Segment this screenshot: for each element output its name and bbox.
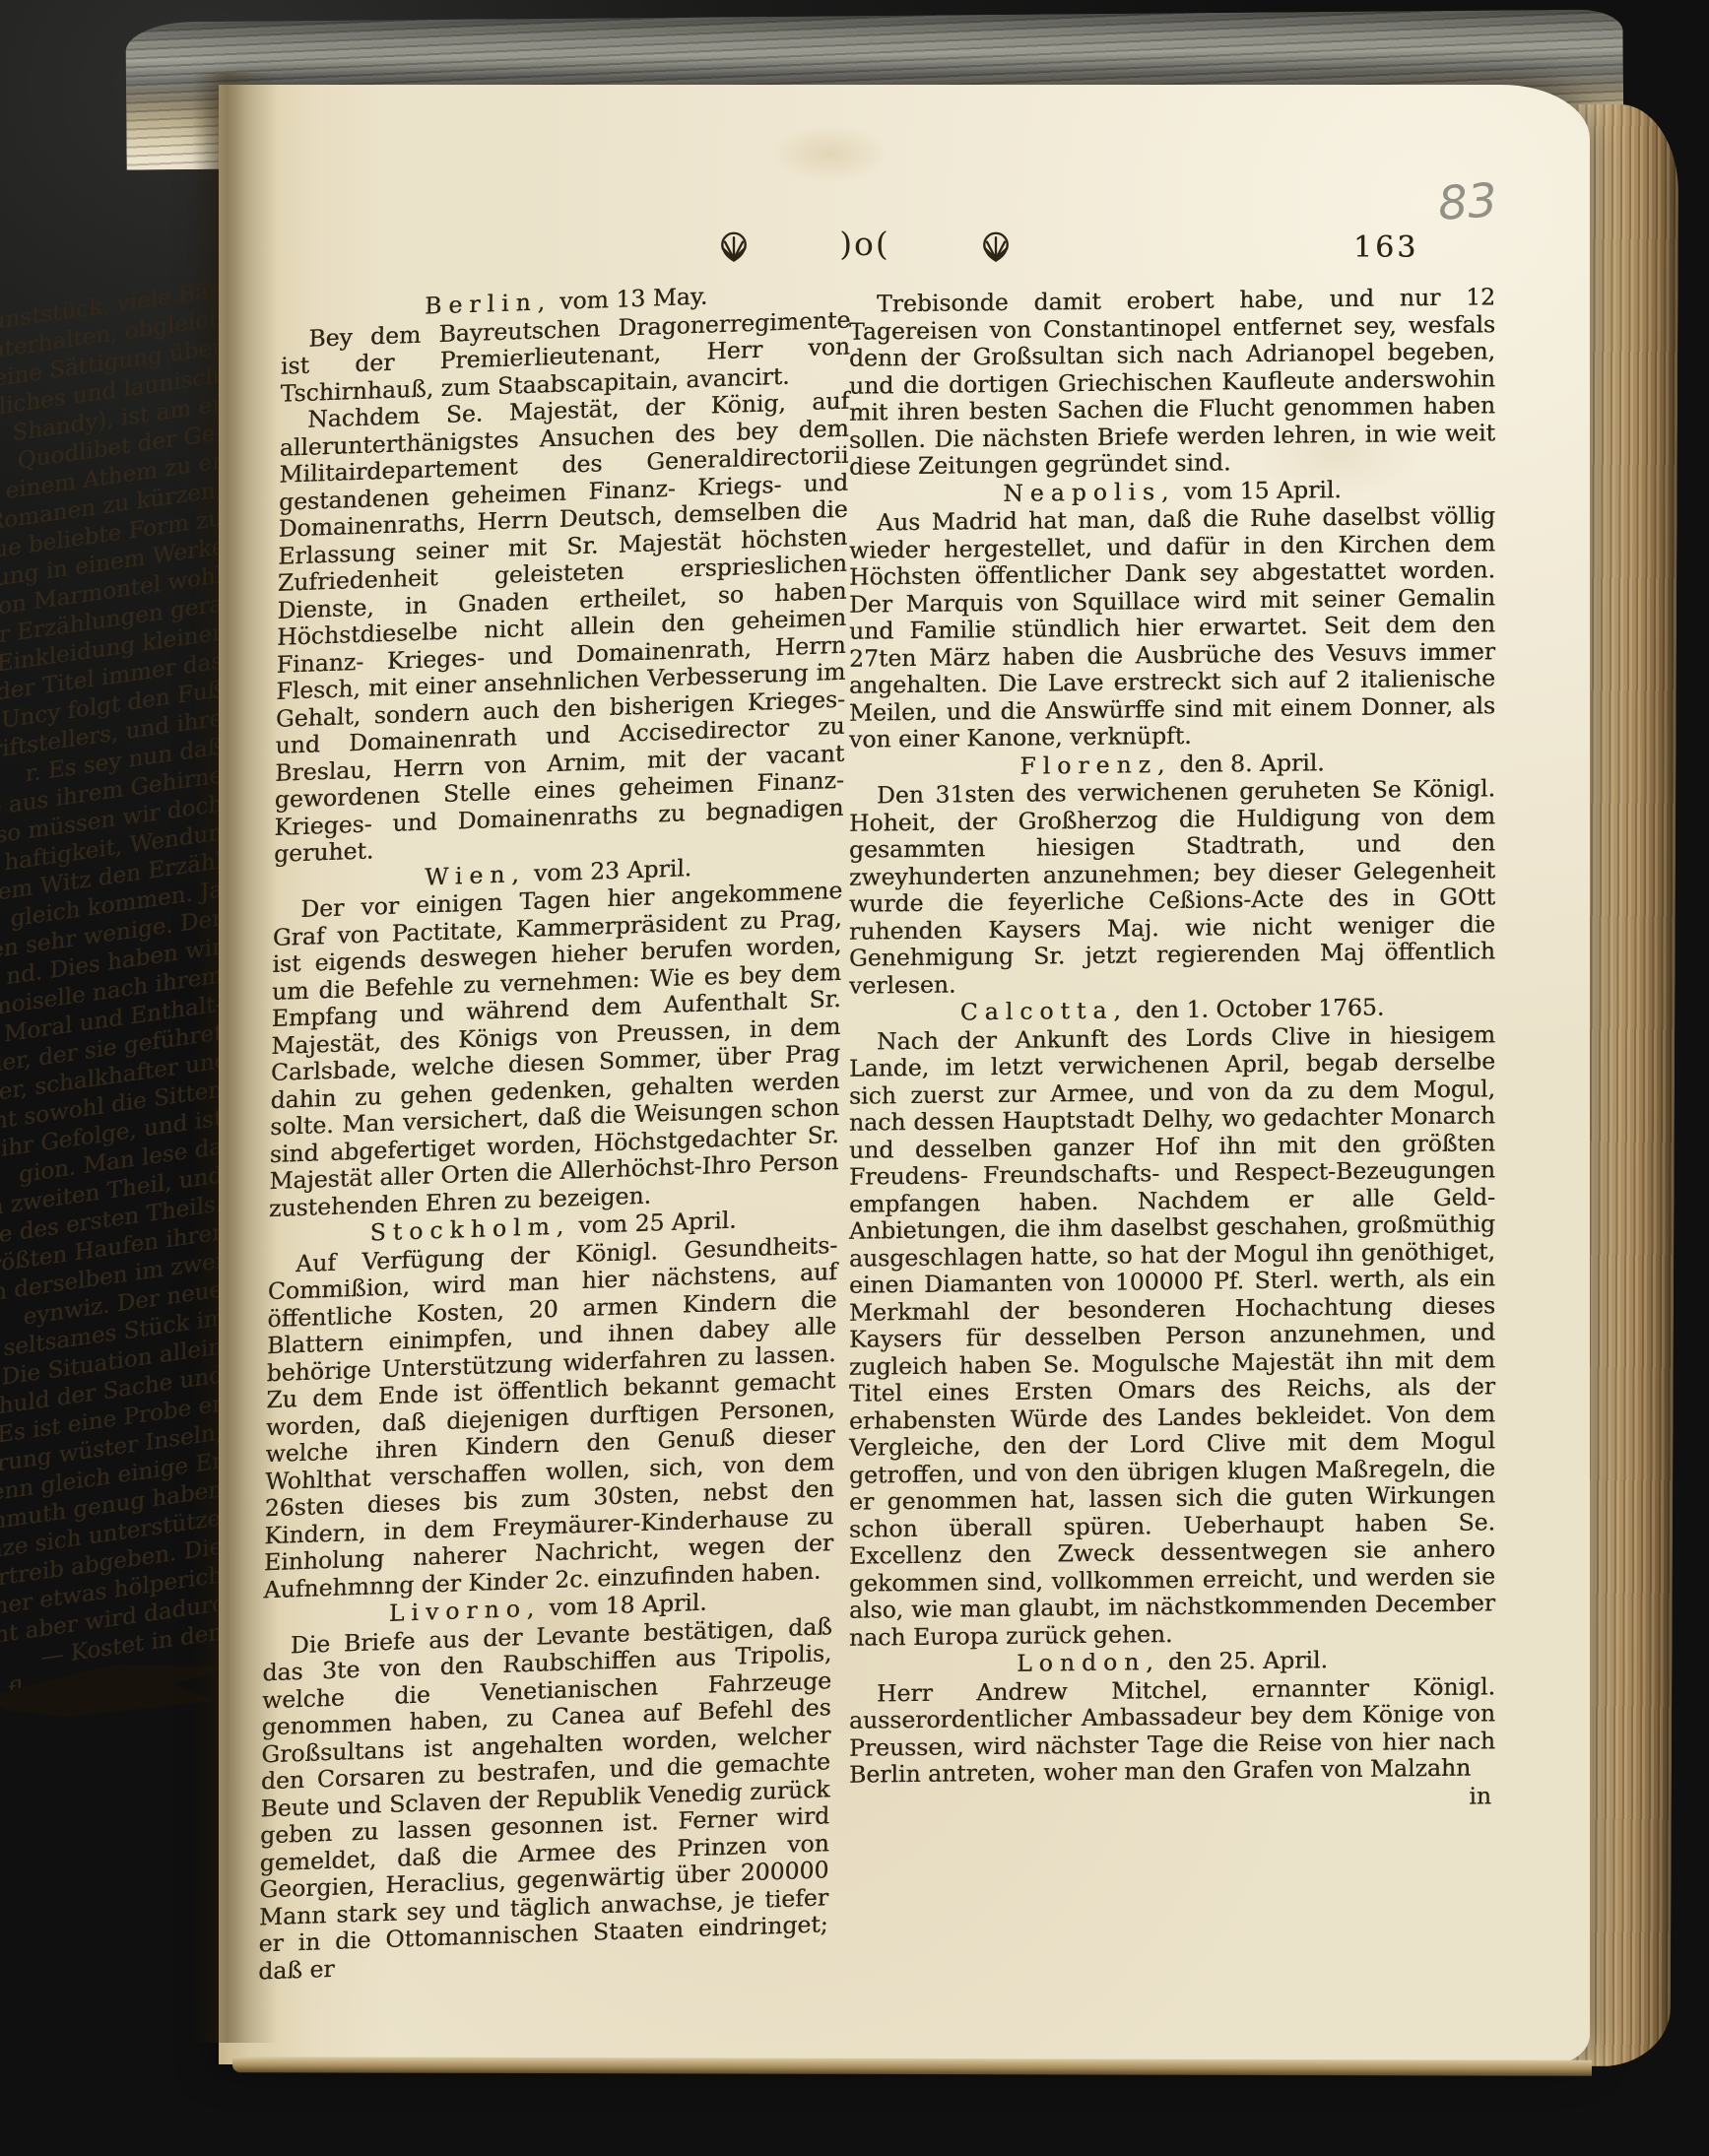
page-number: 163 [1353, 230, 1418, 265]
dateline-city: Florenz, [1019, 751, 1171, 780]
dateline-date: vom 18 April. [549, 1589, 707, 1622]
right-column: Trebisonde damit erobert habe, und nur 1… [849, 284, 1495, 1816]
dateline-date: vom 13 May. [559, 283, 708, 315]
dateline-city: Berlin, [425, 288, 552, 320]
margin-fragments: Kunststück, viele Bänunterhalten, obglei… [0, 276, 223, 1710]
news-paragraph: Die Briefe aus der Levante bestätigen, d… [258, 1613, 832, 1986]
paper-stain [770, 124, 888, 183]
news-paragraph: Nach der Ankunft des Lords Clive in hies… [849, 1021, 1495, 1652]
dateline-city: Neapolis, [1003, 477, 1175, 506]
right-column-text: Trebisonde damit erobert habe, und nur 1… [849, 284, 1495, 1789]
dateline-date: vom 25 April. [578, 1207, 737, 1240]
news-paragraph: Aus Madrid hat man, daß die Ruhe daselbs… [849, 502, 1495, 753]
book-scan: Kunststück, viele Bänunterhalten, obglei… [0, 0, 1709, 2156]
dateline-city: London, [1017, 1648, 1160, 1677]
news-paragraph: Nachdem Se. Majestät, der König, auf all… [274, 388, 850, 869]
dateline-date: vom 15 April. [1183, 476, 1341, 505]
header-ornament-row: )o( [716, 229, 1014, 267]
shell-ornament-icon [978, 230, 1014, 266]
page-bottom-edge [232, 2057, 1592, 2076]
left-column: Berlin,vom 13 May.Bey dem Bayreutschen D… [258, 277, 851, 1985]
dateline-city: Wien, [425, 860, 526, 891]
center-rule-ornament: )o( [839, 225, 890, 263]
handwritten-folio-number: 83 [1436, 173, 1499, 231]
dateline-date: den 1. October 1765. [1136, 994, 1384, 1024]
news-paragraph: Den 31sten des verwichenen geruheten Se … [849, 775, 1495, 999]
dateline-city: Livorno, [389, 1594, 542, 1626]
previous-page-strip: Kunststück, viele Bänunterhalten, obglei… [0, 73, 246, 2039]
news-paragraph: Herr Andrew Mitchel, ernannter Königl. a… [849, 1673, 1495, 1789]
dateline-date: den 8. April. [1179, 749, 1324, 778]
newspaper-page: )o( 163 83 Berlin,vom 13 May.Bey dem Bay… [219, 85, 1590, 2064]
news-paragraph: Trebisonde damit erobert habe, und nur 1… [849, 284, 1495, 481]
dateline-date: den 25. April. [1168, 1646, 1328, 1675]
news-paragraph: Auf Verfügung der Königl. Gesundheits-Co… [263, 1231, 837, 1603]
shell-ornament-icon [716, 230, 752, 266]
dateline-city: Calcotta, [960, 997, 1128, 1026]
news-paragraph: Der vor einigen Tagen hier angekommene G… [269, 878, 843, 1222]
